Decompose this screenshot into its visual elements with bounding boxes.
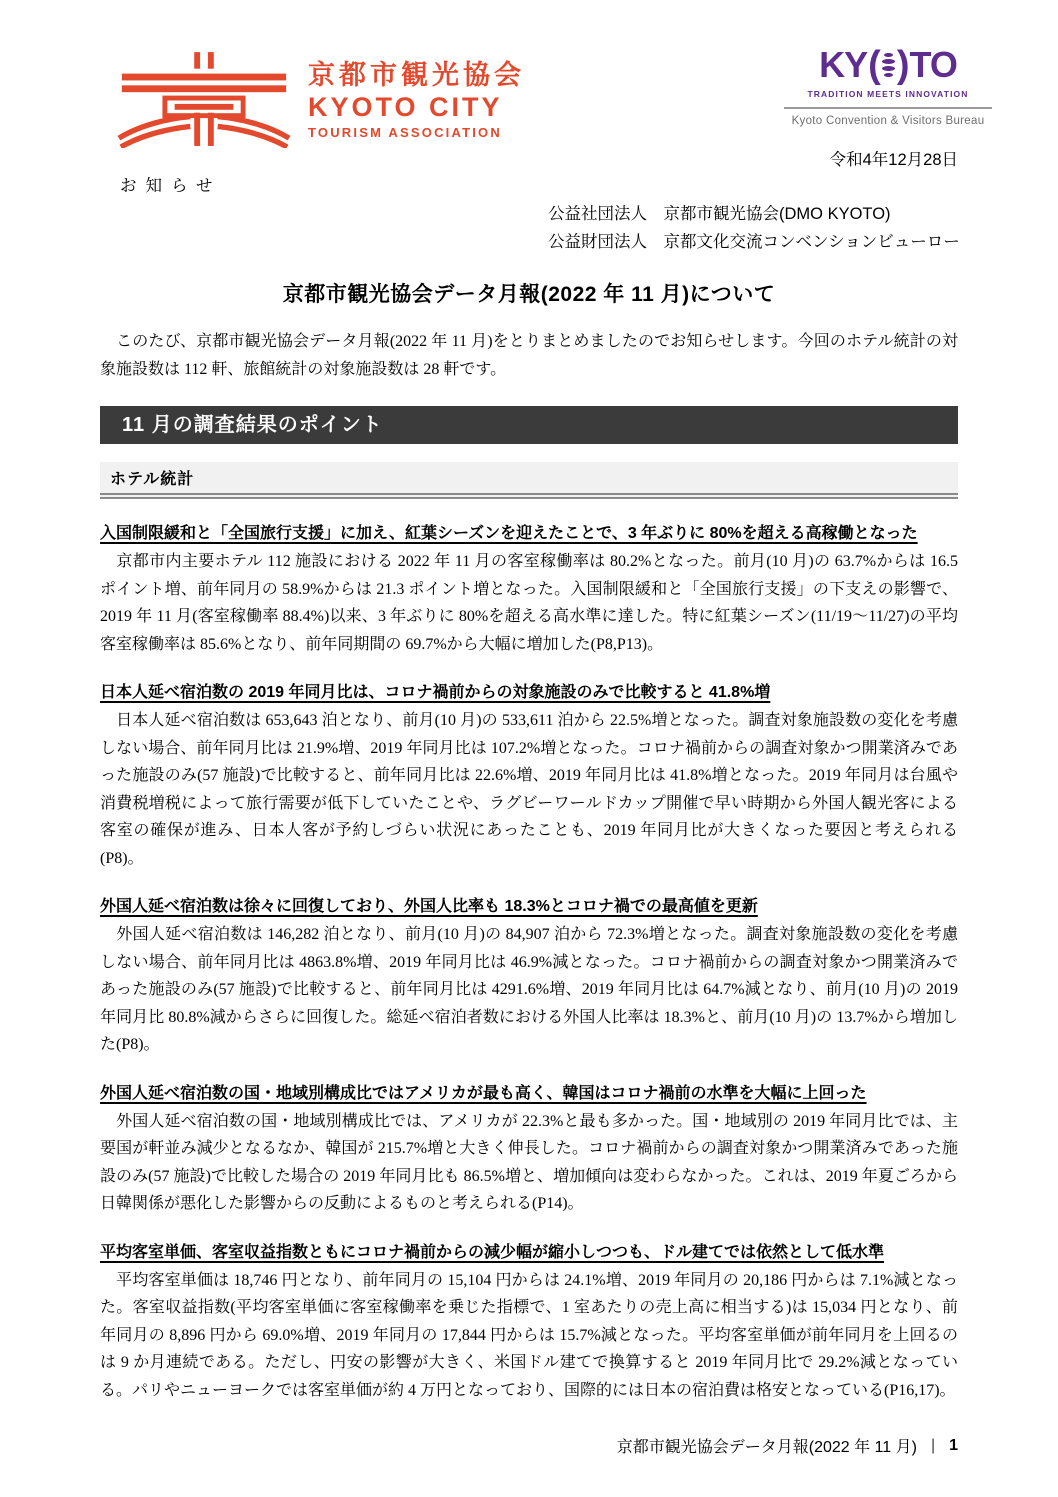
section-headline: 日本人延べ宿泊数の 2019 年同月比は、コロナ禍前からの対象施設のみで比較する…: [100, 679, 958, 702]
logo-tagline: TRADITION MEETS INNOVATION: [784, 89, 992, 99]
section-foreign-guests: 外国人延べ宿泊数は徐々に回復しており、外国人比率も 18.3%とコロナ禍での最高…: [100, 893, 958, 1059]
page-title: 京都市観光協会データ月報(2022 年 11 月)について: [100, 278, 958, 308]
section-body: 京都市内主要ホテル 112 施設における 2022 年 11 月の客室稼働率は …: [100, 548, 958, 658]
section-body: 日本人延べ宿泊数は 653,643 泊となり、前月(10 月)の 533,611…: [100, 707, 958, 872]
document-body: 京都市観光協会データ月報(2022 年 11 月)について このたび、京都市観光…: [0, 278, 1058, 1404]
section-headline: 外国人延べ宿泊数の国・地域別構成比ではアメリカが最も高く、韓国はコロナ禍前の水準…: [100, 1080, 958, 1103]
hotel-stats-header: ホテル統計: [100, 462, 958, 499]
kyoto-cvb-logo: KY()TO TRADITION MEETS INNOVATION Kyoto …: [784, 46, 992, 127]
wordmark-paren-close: ): [897, 46, 909, 84]
page-footer: 京都市観光協会データ月報(2022 年 11 月) | 1: [617, 1434, 958, 1457]
section-headline: 平均客室単価、客室収益指数ともにコロナ禍前からの減少幅が縮小しつつも、ドル建てで…: [100, 1239, 958, 1262]
wordmark-paren-open: (: [868, 46, 880, 84]
section-headline: 入国制限緩和と「全国旅行支援」に加え、紅葉シーズンを迎えたことで、3 年ぶりに …: [100, 520, 958, 543]
kyoto-kanji-mark-icon: [116, 52, 292, 148]
section-japanese-guests: 日本人延べ宿泊数の 2019 年同月比は、コロナ禍前からの対象施設のみで比較する…: [100, 679, 958, 872]
left-logo-japanese-name: 京都市観光協会: [308, 62, 525, 89]
page-number: 1: [949, 1437, 958, 1455]
wordmark-right: TO: [909, 47, 956, 83]
section-country-breakdown: 外国人延べ宿泊数の国・地域別構成比ではアメリカが最も高く、韓国はコロナ禍前の水準…: [100, 1080, 958, 1218]
intro-paragraph: このたび、京都市観光協会データ月報(2022 年 11 月)をとりまとめましたの…: [100, 328, 958, 384]
section-headline: 外国人延べ宿泊数は徐々に回復しており、外国人比率も 18.3%とコロナ禍での最高…: [100, 893, 958, 916]
sender-block: 公益社団法人 京都市観光協会(DMO KYOTO) 公益財団法人 京都文化交流コ…: [548, 200, 960, 256]
left-logo-text: 京都市観光協会 KYOTO CITY TOURISM ASSOCIATION: [308, 62, 525, 139]
document-page: 京都市観光協会 KYOTO CITY TOURISM ASSOCIATION K…: [0, 0, 1058, 1497]
section-occupancy: 入国制限緩和と「全国旅行支援」に加え、紅葉シーズンを迎えたことで、3 年ぶりに …: [100, 520, 958, 658]
left-logo-english-name: KYOTO CITY: [308, 94, 525, 121]
section-body: 外国人延べ宿泊数は 146,282 泊となり、前月(10 月)の 84,907 …: [100, 921, 958, 1059]
sender-line-2: 公益財団法人 京都文化交流コンベンションビューロー: [548, 228, 960, 256]
kyoto-o-symbol-icon: [882, 53, 895, 77]
logo-divider: [784, 107, 992, 109]
footer-label: 京都市観光協会データ月報(2022 年 11 月): [617, 1434, 917, 1457]
section-body: 平均客室単価は 18,746 円となり、前年同月の 15,104 円からは 24…: [100, 1267, 958, 1405]
points-banner: 11 月の調査結果のポイント: [100, 406, 958, 444]
footer-separator: |: [931, 1437, 935, 1455]
wordmark-left: KY: [819, 47, 867, 83]
notice-label: お知らせ: [120, 172, 222, 196]
section-room-rates: 平均客室単価、客室収益指数ともにコロナ禍前からの減少幅が縮小しつつも、ドル建てで…: [100, 1239, 958, 1405]
sender-line-1: 公益社団法人 京都市観光協会(DMO KYOTO): [548, 200, 960, 228]
kyoto-wordmark-icon: KY()TO: [784, 46, 992, 84]
header: 京都市観光協会 KYOTO CITY TOURISM ASSOCIATION K…: [0, 0, 1058, 252]
kyoto-city-tourism-logo: 京都市観光協会 KYOTO CITY TOURISM ASSOCIATION: [116, 52, 525, 148]
issue-date: 令和4年12月28日: [830, 146, 958, 170]
bureau-name: Kyoto Convention & Visitors Bureau: [784, 115, 992, 127]
section-body: 外国人延べ宿泊数の国・地域別構成比では、アメリカが 22.3%と最も多かった。国…: [100, 1108, 958, 1218]
left-logo-english-subname: TOURISM ASSOCIATION: [308, 126, 525, 139]
